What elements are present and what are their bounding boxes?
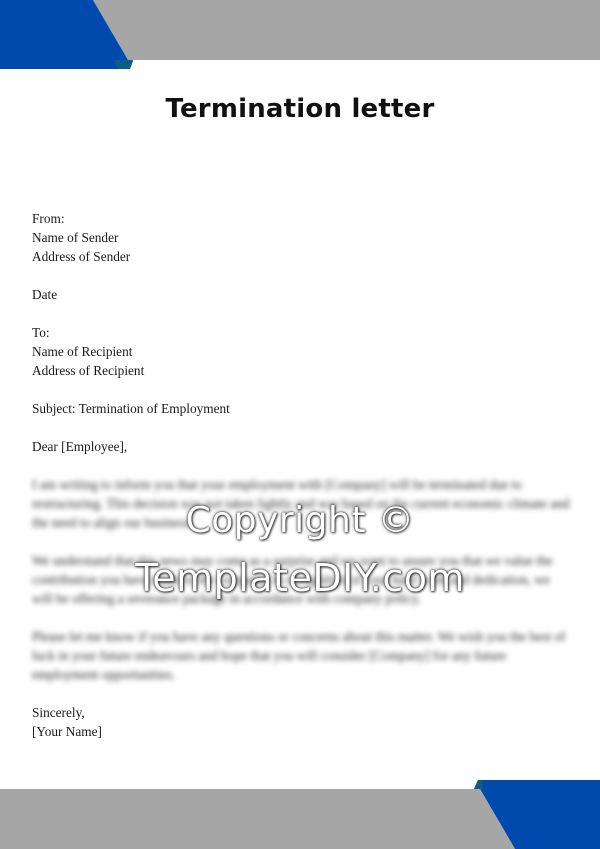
body-paragraph-3: Please let me know if you have any quest… <box>32 627 572 684</box>
signature: [Your Name] <box>32 722 572 741</box>
letter-body: From: Name of Sender Address of Sender D… <box>32 209 572 741</box>
salutation: Dear [Employee], <box>32 437 572 456</box>
recipient-address: Address of Recipient <box>32 361 572 380</box>
sender-name: Name of Sender <box>32 228 572 247</box>
from-label: From: <box>32 209 572 228</box>
closing: Sincerely, <box>32 703 572 722</box>
recipient-name: Name of Recipient <box>32 342 572 361</box>
watermark-copyright: Copyright © <box>0 500 600 541</box>
footer-teal-edge <box>474 780 483 789</box>
subject-line: Subject: Termination of Employment <box>32 399 572 418</box>
sender-address: Address of Sender <box>32 247 572 266</box>
page-title: Termination letter <box>0 94 600 124</box>
date: Date <box>32 285 572 304</box>
watermark-site: TemplateDIY.com <box>0 556 600 600</box>
header-gray-band <box>93 0 600 60</box>
footer-gray-band <box>0 789 515 849</box>
to-label: To: <box>32 323 572 342</box>
